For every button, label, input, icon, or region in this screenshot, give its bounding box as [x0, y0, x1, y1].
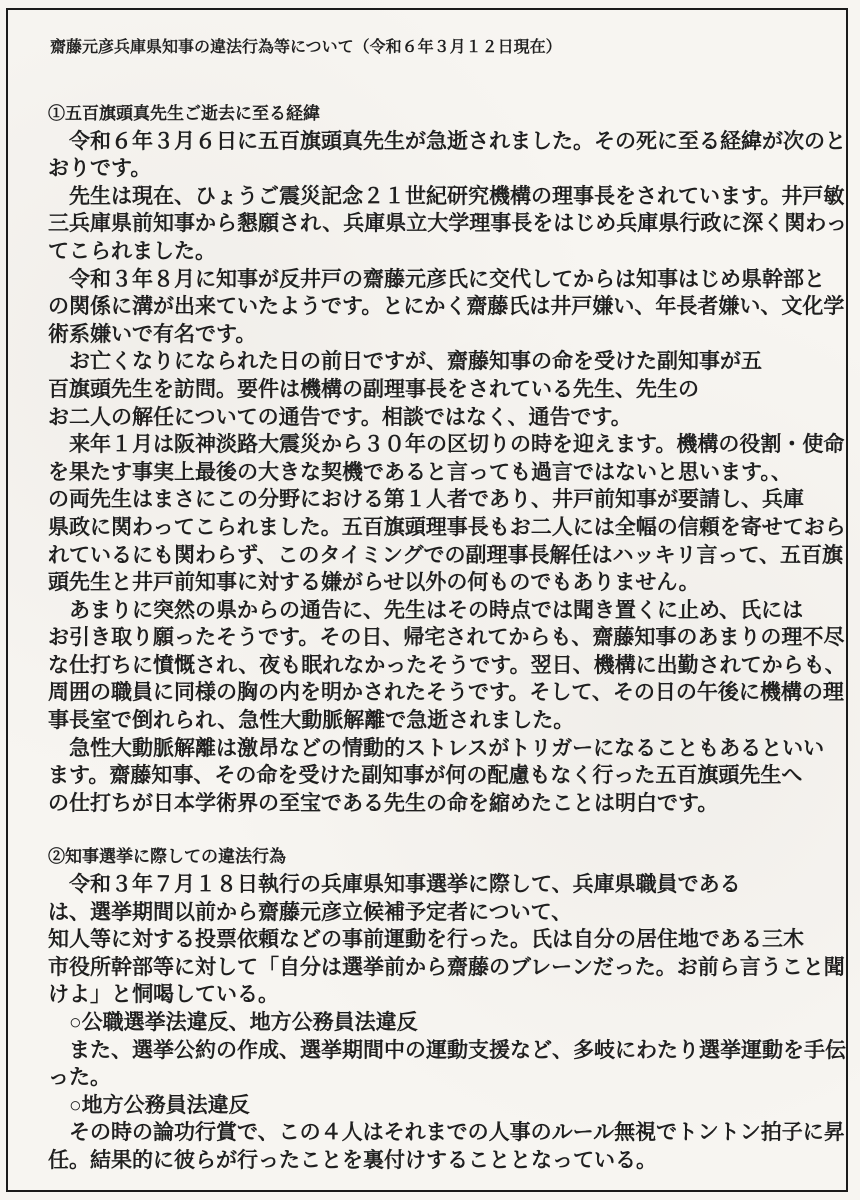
document-line: ます。齋藤知事、その命を受けた副知事が何の配慮もなく行った五百旗頭先生へ	[48, 762, 836, 790]
text-run: 令和６年３月６日に五百旗頭真先生が急逝されました。その死に至る経緯が次のと	[48, 129, 846, 153]
document-line: てこられました。	[48, 238, 836, 266]
document-line: の関係に溝が出来ていたようです。とにかく齋藤氏は井戸嫌い、年長者嫌い、文化学	[48, 293, 836, 321]
document-line: 術系嫌いで有名です。	[48, 321, 836, 349]
text-run: は、選挙期間以前から齋藤元彦立候補予定者について、	[48, 900, 572, 924]
text-run: 任。結果的に彼らが行ったことを裏付けすることとなっている。	[48, 1148, 657, 1172]
document-line: 市役所幹部等に対して「自分は選挙前から齋藤のブレーンだった。お前ら言うこと聞	[48, 954, 836, 982]
text-run: 周囲の職員に同様の胸の内を明かされたそうです。そして、その日の午後に機構の理	[48, 680, 844, 704]
section-heading: ①五百旗頭真先生ご逝去に至る経緯	[48, 100, 836, 128]
text-run: 先生の	[636, 377, 699, 401]
document-line: 知人等に対する投票依頼などの事前運動を行った。氏は自分の居住地である三木	[48, 926, 836, 954]
text-run: 術系嫌いで有名です。	[48, 322, 256, 346]
text-run: 令和３年７月１８日執行の兵庫県知事選挙に際して、兵庫県職員である	[48, 872, 741, 896]
text-run: 市役所幹部等に対して「自分は選挙前から齋藤のブレーンだった。お前ら言うこと聞	[48, 955, 845, 979]
document-line: 頭先生と井戸前知事に対する嫌がらせ以外の何ものでもありません。	[48, 569, 836, 597]
text-run: 三兵庫県前知事から懇願され、兵庫県立大学理事長をはじめ兵庫県行政に深く関わっ	[48, 211, 847, 235]
document-title: 齋藤元彦兵庫県知事の違法行為等について（令和６年３月１２日現在）	[50, 36, 836, 60]
text-run: れているにも関わらず、このタイミングでの副理事長解任はハッキリ言って、五百旗	[48, 543, 843, 567]
text-run: お引き取り願ったそうです。その日、帰宅されてからも、齋藤知事のあまりの理不尽	[48, 625, 844, 649]
section-1: ①五百旗頭真先生ご逝去に至る経緯 令和６年３月６日に五百旗頭真先生が急逝されまし…	[48, 100, 836, 817]
text-run: あまりに突然の県からの通告に、先生はその時点では聞き置くに止め、	[48, 598, 740, 622]
text-run: 頭先生と井戸前知事に対する嫌がらせ以外の何ものでもありません。	[48, 570, 700, 594]
text-run: 先生は現在、ひょうご震災記念２１世紀研究機構の理事長をされています。井戸敏	[48, 184, 844, 208]
document-line: 周囲の職員に同様の胸の内を明かされたそうです。そして、その日の午後に機構の理	[48, 679, 836, 707]
section-heading: ②知事選挙に際しての違法行為	[48, 843, 836, 871]
scan-page: 齋藤元彦兵庫県知事の違法行為等について（令和６年３月１２日現在） ①五百旗頭真先…	[0, 0, 860, 1200]
document-line: は、選挙期間以前から齋藤元彦立候補予定者について、	[48, 899, 836, 927]
text-run: の仕打ちが日本学術界の至宝である先生の命を縮めたことは明白です。	[48, 791, 718, 815]
text-run: な仕打ちに憤慨され、夜も眠れなかったそうです。翌日、機構に出勤されてからも、	[48, 653, 846, 677]
document-line: 百旗頭先生を訪問。要件は機構の副理事長をされている先生、先生の	[48, 376, 836, 404]
text-run: 氏は自分の居住地である三木	[531, 927, 804, 951]
document-line: った。	[48, 1064, 836, 1092]
text-run: けよ」と恫喝している。	[48, 982, 279, 1006]
document-line: ○公職選挙法違反、地方公務員法違反	[48, 1009, 836, 1037]
text-run: ます。齋藤知事、その命を受けた	[48, 763, 361, 787]
document-line: その時の論功行賞で、この４人はそれまでの人事のルール無視でトントン拍子に昇	[48, 1119, 836, 1147]
text-run: お亡くなりになられた日の前日ですが、齋藤知事の命を受けた	[48, 349, 657, 373]
text-run: の両先生はまさにこの分野における第１人者であり、井戸前知事が要請し、兵庫	[48, 487, 804, 511]
document-line: 令和６年３月６日に五百旗頭真先生が急逝されました。その死に至る経緯が次のと	[48, 128, 836, 156]
document-body: ①五百旗頭真先生ご逝去に至る経緯 令和６年３月６日に五百旗頭真先生が急逝されまし…	[48, 100, 836, 1175]
document-line: けよ」と恫喝している。	[48, 981, 836, 1009]
document-line: 急性大動脈解離は激昂などの情動的ストレスがトリガーになることもあるといい	[48, 735, 836, 763]
text-run: ○地方公務員法違反	[48, 1093, 250, 1117]
document-line: 令和３年７月１８日執行の兵庫県知事選挙に際して、兵庫県職員である	[48, 871, 836, 899]
text-run: てこられました。	[48, 239, 216, 263]
text-run: 来年１月は阪神淡路大震災から３０年の区切りの時を迎えます。機構の役割・使命	[48, 432, 844, 456]
document-line: また、選挙公約の作成、選挙期間中の運動支援など、多岐にわたり選挙運動を手伝	[48, 1037, 836, 1065]
text-run: 知人等に対する投票依頼などの事前運動を行った。	[48, 927, 531, 951]
text-run: ○公職選挙法違反、地方公務員法違反	[48, 1010, 418, 1034]
text-run: また、選挙公約の作成、選挙期間中の運動支援など、多岐にわたり選挙運動を手伝	[48, 1038, 846, 1062]
document-line: の両先生はまさにこの分野における第１人者であり、井戸前知事が要請し、兵庫	[48, 486, 836, 514]
document-line: 先生は現在、ひょうご震災記念２１世紀研究機構の理事長をされています。井戸敏	[48, 183, 836, 211]
document-line: 任。結果的に彼らが行ったことを裏付けすることとなっている。	[48, 1147, 836, 1175]
section-2: ②知事選挙に際しての違法行為 令和３年７月１８日執行の兵庫県知事選挙に際して、兵…	[48, 843, 836, 1174]
text-run: お二人の解任についての通告です。相談ではなく、通告です。	[48, 405, 632, 429]
text-run: 、	[771, 460, 792, 484]
text-run: 令和３年８月に知事が反井戸の齋藤元彦氏に交代してからは知事はじめ県幹部と	[48, 267, 825, 291]
text-run: 県政に関わってこられました。五百旗頭理事長もお二人には全幅の信頼を寄せておら	[48, 515, 846, 539]
text-run: その時の論功行賞で、この４人はそれまでの人事のルール無視でトントン拍子に昇	[48, 1120, 845, 1144]
text-run: 百旗頭先生を訪問。要件は機構の副理事長をされている	[48, 377, 573, 401]
document-line: 事長室で倒れられ、急性大動脈解離で急逝されました。	[48, 707, 836, 735]
document-line: の仕打ちが日本学術界の至宝である先生の命を縮めたことは明白です。	[48, 790, 836, 818]
document-line: お亡くなりになられた日の前日ですが、齋藤知事の命を受けた副知事が五	[48, 348, 836, 376]
text-run: 氏には	[740, 598, 803, 622]
text-run: 副知事が何の配慮もなく行った五百旗頭先生へ	[361, 763, 802, 787]
document-line: お引き取り願ったそうです。その日、帰宅されてからも、齋藤知事のあまりの理不尽	[48, 624, 836, 652]
text-run: を果たす事実上最後の大きな契機であると言っても過言ではないと思います。	[48, 460, 771, 484]
document-line: あまりに突然の県からの通告に、先生はその時点では聞き置くに止め、氏には	[48, 597, 836, 625]
text-run: 急性大動脈解離は激昂などの情動的ストレスがトリガーになることもあるといい	[48, 736, 824, 760]
document-line: 来年１月は阪神淡路大震災から３０年の区切りの時を迎えます。機構の役割・使命	[48, 431, 836, 459]
text-run: 事長室で倒れられ、急性大動脈解離で急逝されました。	[48, 708, 574, 732]
document-line: おりです。	[48, 155, 836, 183]
document-line: を果たす事実上最後の大きな契機であると言っても過言ではないと思います。、	[48, 459, 836, 487]
text-run: 先生、	[573, 377, 636, 401]
document-line: れているにも関わらず、このタイミングでの副理事長解任はハッキリ言って、五百旗	[48, 542, 836, 570]
document-content: 齋藤元彦兵庫県知事の違法行為等について（令和６年３月１２日現在） ①五百旗頭真先…	[48, 0, 836, 1175]
text-run: の関係に溝が出来ていたようです。とにかく齋藤氏は井戸嫌い、年長者嫌い、文化学	[48, 294, 844, 318]
text-run: った。	[48, 1065, 111, 1089]
document-line: 三兵庫県前知事から懇願され、兵庫県立大学理事長をはじめ兵庫県行政に深く関わっ	[48, 210, 836, 238]
document-line: 県政に関わってこられました。五百旗頭理事長もお二人には全幅の信頼を寄せておら	[48, 514, 836, 542]
document-line: な仕打ちに憤慨され、夜も眠れなかったそうです。翌日、機構に出勤されてからも、	[48, 652, 836, 680]
document-line: ○地方公務員法違反	[48, 1092, 836, 1120]
document-line: お二人の解任についての通告です。相談ではなく、通告です。	[48, 404, 836, 432]
document-line: 令和３年８月に知事が反井戸の齋藤元彦氏に交代してからは知事はじめ県幹部と	[48, 266, 836, 294]
text-run: 副知事が五	[657, 349, 762, 373]
text-run: おりです。	[48, 156, 151, 180]
